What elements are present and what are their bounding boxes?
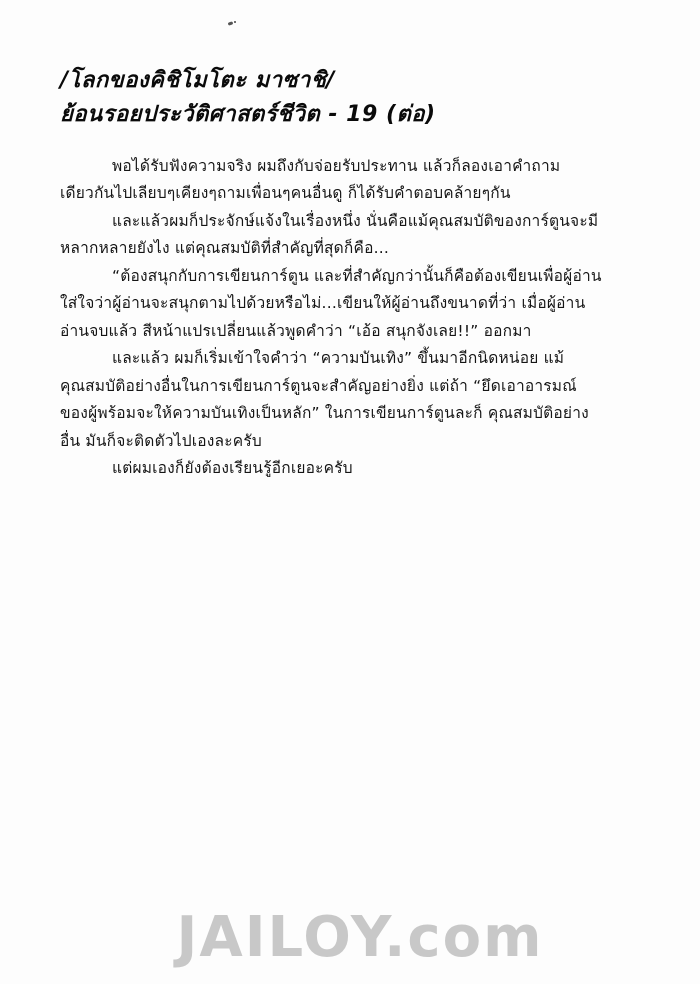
body-line: และแล้ว ผมก็เริ่มเข้าใจคำว่า “ความบันเทิ… [112, 348, 564, 368]
body-line: ของผู้พร้อมจะให้ความบันเทิงเป็นหลัก” ในก… [60, 403, 589, 423]
body-line: เดียวกันไปเลียบๆเคียงๆถามเพื่อนๆคนอื่นดู… [60, 183, 511, 203]
scan-speck [234, 21, 236, 23]
watermark-jailoy: JAILOY.com [140, 905, 580, 970]
body-line: คุณสมบัติอย่างอื่นในการเขียนการ์ตูนจะสำค… [60, 376, 577, 396]
document-title-chapter: ย้อนรอยประวัติศาสตร์ชีวิต - 19 (ต่อ) [60, 96, 436, 131]
body-line: “ต้องสนุกกับการเขียนการ์ตูน และที่สำคัญก… [112, 266, 602, 286]
body-line: และแล้วผมก็ประจักษ์แจ้งในเรื่องหนึ่ง นั่… [112, 211, 598, 231]
body-line: อื่น มันก็จะติดตัวไปเองละครับ [60, 431, 262, 451]
body-line: พอได้รับฟังความจริง ผมถึงกับจ่อยรับประทา… [112, 156, 640, 176]
body-line: อ่านจบแล้ว สีหน้าแปรเปลี่ยนแล้วพูดคำว่า … [60, 321, 532, 341]
body-line: ใส่ใจว่าผู้อ่านจะสนุกตามไปด้วยหรือไม่...… [60, 293, 585, 313]
body-line: แต่ผมเองก็ยังต้องเรียนรู้อีกเยอะครับ [112, 458, 353, 478]
document-title-series: /โลกของคิชิโมโตะ มาซาชิ/ [60, 62, 335, 97]
scan-speck [228, 21, 234, 26]
body-line: หลากหลายยังไง แต่คุณสมบัติที่สำคัญที่สุด… [60, 238, 389, 258]
scanned-page: /โลกของคิชิโมโตะ มาซาชิ/ ย้อนรอยประวัติศ… [0, 0, 700, 984]
